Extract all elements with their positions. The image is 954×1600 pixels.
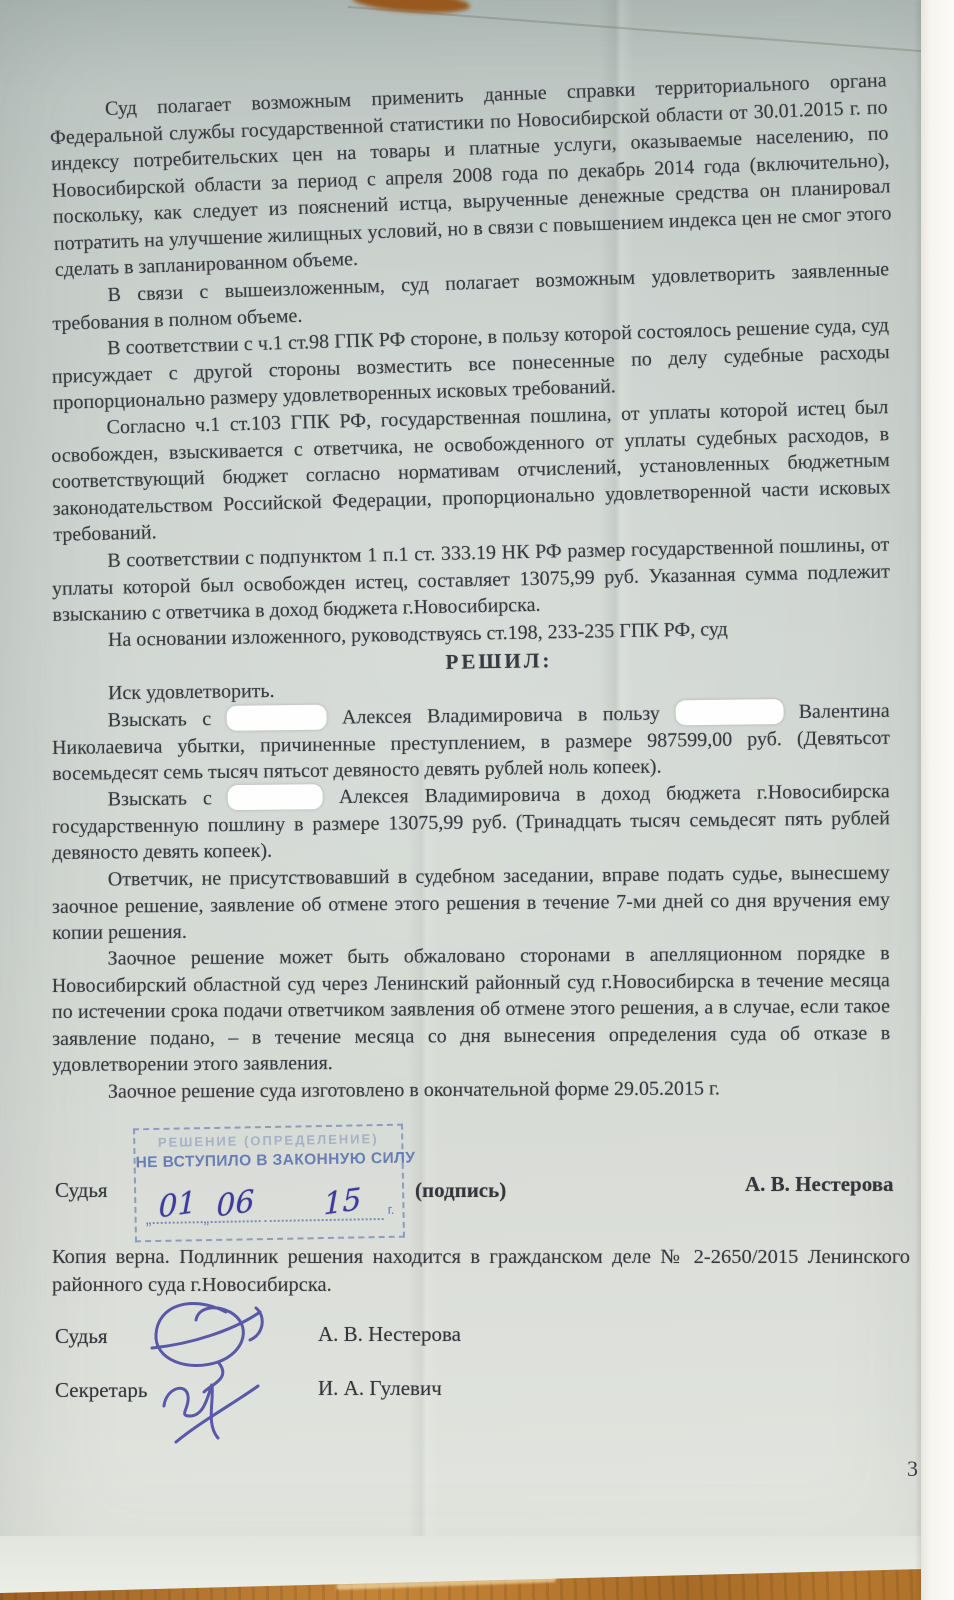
page-number: 3 — [907, 1456, 918, 1482]
quote-mark: „ — [146, 1214, 152, 1224]
paragraph-statistics: Суд полагает возможным применить данные … — [49, 67, 893, 283]
stamp-line-not-in-force: НЕ ВСТУПИЛО В ЗАКОННУЮ СИЛУ — [135, 1150, 401, 1173]
redaction-box — [226, 704, 326, 730]
quote-mark: „ — [203, 1213, 209, 1223]
redaction-box — [228, 784, 323, 810]
paragraph-nk333: В соответствии с подпунктом 1 п.1 ст. 33… — [51, 531, 890, 628]
signature-placeholder-note: (подпись) — [415, 1178, 506, 1203]
handwritten-month: 06 — [216, 1189, 254, 1221]
stamp-month-field: 06 — [210, 1191, 261, 1223]
redaction-box — [675, 699, 783, 725]
judge-name: А. В. Нестерова — [745, 1172, 894, 1197]
stamp-line-decision: РЕШЕНИЕ (ОПРЕДЕЛЕНИЕ) — [135, 1131, 401, 1151]
secretary-name: И. А. Гулевич — [318, 1376, 442, 1401]
handwritten-year: 15 — [324, 1187, 362, 1219]
award1-mid: Алексея Владимировича в пользу — [342, 702, 660, 728]
stamp-day-field: 01 — [152, 1192, 203, 1224]
judge-label: Судья — [55, 1324, 108, 1349]
secretary-label: Секретарь — [55, 1378, 147, 1403]
handwritten-signature — [148, 1290, 273, 1445]
paragraph-award-damages: Взыскать с Алексея Владимировича в польз… — [52, 697, 891, 787]
paragraph-final-form-date: Заочное решение суда изготовлено в оконч… — [52, 1074, 890, 1105]
award2-pre: Взыскать с — [108, 787, 212, 810]
photographed-court-decision: Суд полагает возможным применить данные … — [0, 0, 954, 1600]
judge-name: А. В. Нестерова — [318, 1322, 461, 1347]
stamp-date-row: „ 01 „ 06 15 г. — [144, 1176, 395, 1224]
judge-label: Судья — [55, 1178, 108, 1203]
stamp-year-label: г. — [384, 1202, 395, 1220]
underlying-white-page-edge — [921, 0, 954, 1600]
document-text: Суд полагает возможным применить данные … — [52, 98, 890, 1105]
stamp-year-field: 15 — [264, 1189, 384, 1222]
handwritten-day: 01 — [158, 1190, 196, 1222]
paragraph-appeal-procedure: Заочное решение может быть обжаловано ст… — [52, 940, 891, 1078]
paragraph-gpk103: Согласно ч.1 ст.103 ГПК РФ, государствен… — [50, 394, 891, 548]
award1-pre: Взыскать с — [108, 708, 212, 731]
paragraph-default-judgment-rights: Ответчик, не присутствовавший в судебном… — [52, 859, 891, 946]
paragraph-award-duty: Взыскать с Алексея Владимировича в доход… — [52, 778, 891, 866]
not-in-force-stamp: РЕШЕНИЕ (ОПРЕДЕЛЕНИЕ) НЕ ВСТУПИЛО В ЗАКО… — [133, 1124, 405, 1243]
